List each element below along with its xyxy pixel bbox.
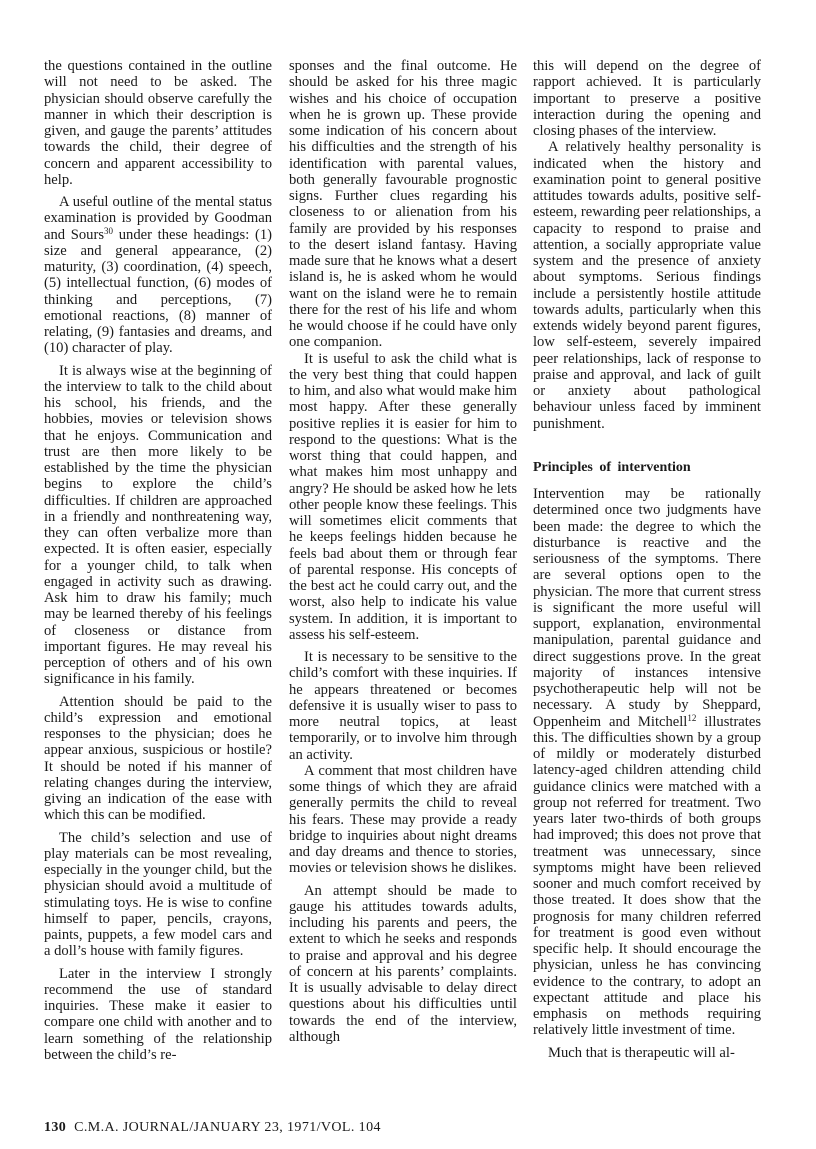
paragraph: A relatively healthy personality is indi… xyxy=(533,139,761,432)
text-column-2: sponses and the final outcome. He should… xyxy=(289,58,517,1051)
paragraph: sponses and the final outcome. He should… xyxy=(289,58,517,351)
paragraph: It is necessary to be sensitive to the c… xyxy=(289,649,517,763)
journal-citation: C.M.A. JOURNAL/JANUARY 23, 1971/VOL. 104 xyxy=(74,1120,381,1135)
reference-superscript: 30 xyxy=(104,226,113,236)
paragraph-text: illustrates this. The difficulties shown… xyxy=(533,714,761,1039)
paragraph: It is always wise at the beginning of th… xyxy=(44,363,272,688)
page-number: 130 xyxy=(44,1120,66,1135)
paragraph: The child’s selection and use of play ma… xyxy=(44,830,272,960)
page-footer: 130 C.M.A. JOURNAL/JANUARY 23, 1971/VOL.… xyxy=(44,1120,381,1136)
text-column-1: the questions contained in the outline w… xyxy=(44,58,272,1069)
paragraph: the questions contained in the outline w… xyxy=(44,58,272,188)
section-heading: Principles of intervention xyxy=(533,460,761,476)
paragraph: this will depend on the degree of rappor… xyxy=(533,58,761,139)
paragraph-text: under these headings: (1) size and gener… xyxy=(44,227,272,357)
paragraph: An attempt should be made to gauge his a… xyxy=(289,883,517,1046)
paragraph: Much that is therapeutic will al- xyxy=(533,1045,761,1061)
paragraph: Later in the interview I strongly recomm… xyxy=(44,966,272,1064)
paragraph: A comment that most children have some t… xyxy=(289,763,517,877)
text-column-3: this will depend on the degree of rappor… xyxy=(533,58,761,1067)
paragraph: Intervention may be rationally determine… xyxy=(533,486,761,1039)
paragraph-text: Intervention may be rationally determine… xyxy=(533,486,761,730)
paragraph: A useful outline of the mental status ex… xyxy=(44,194,272,357)
paragraph: It is useful to ask the child what is th… xyxy=(289,351,517,644)
paragraph: Attention should be paid to the child’s … xyxy=(44,694,272,824)
